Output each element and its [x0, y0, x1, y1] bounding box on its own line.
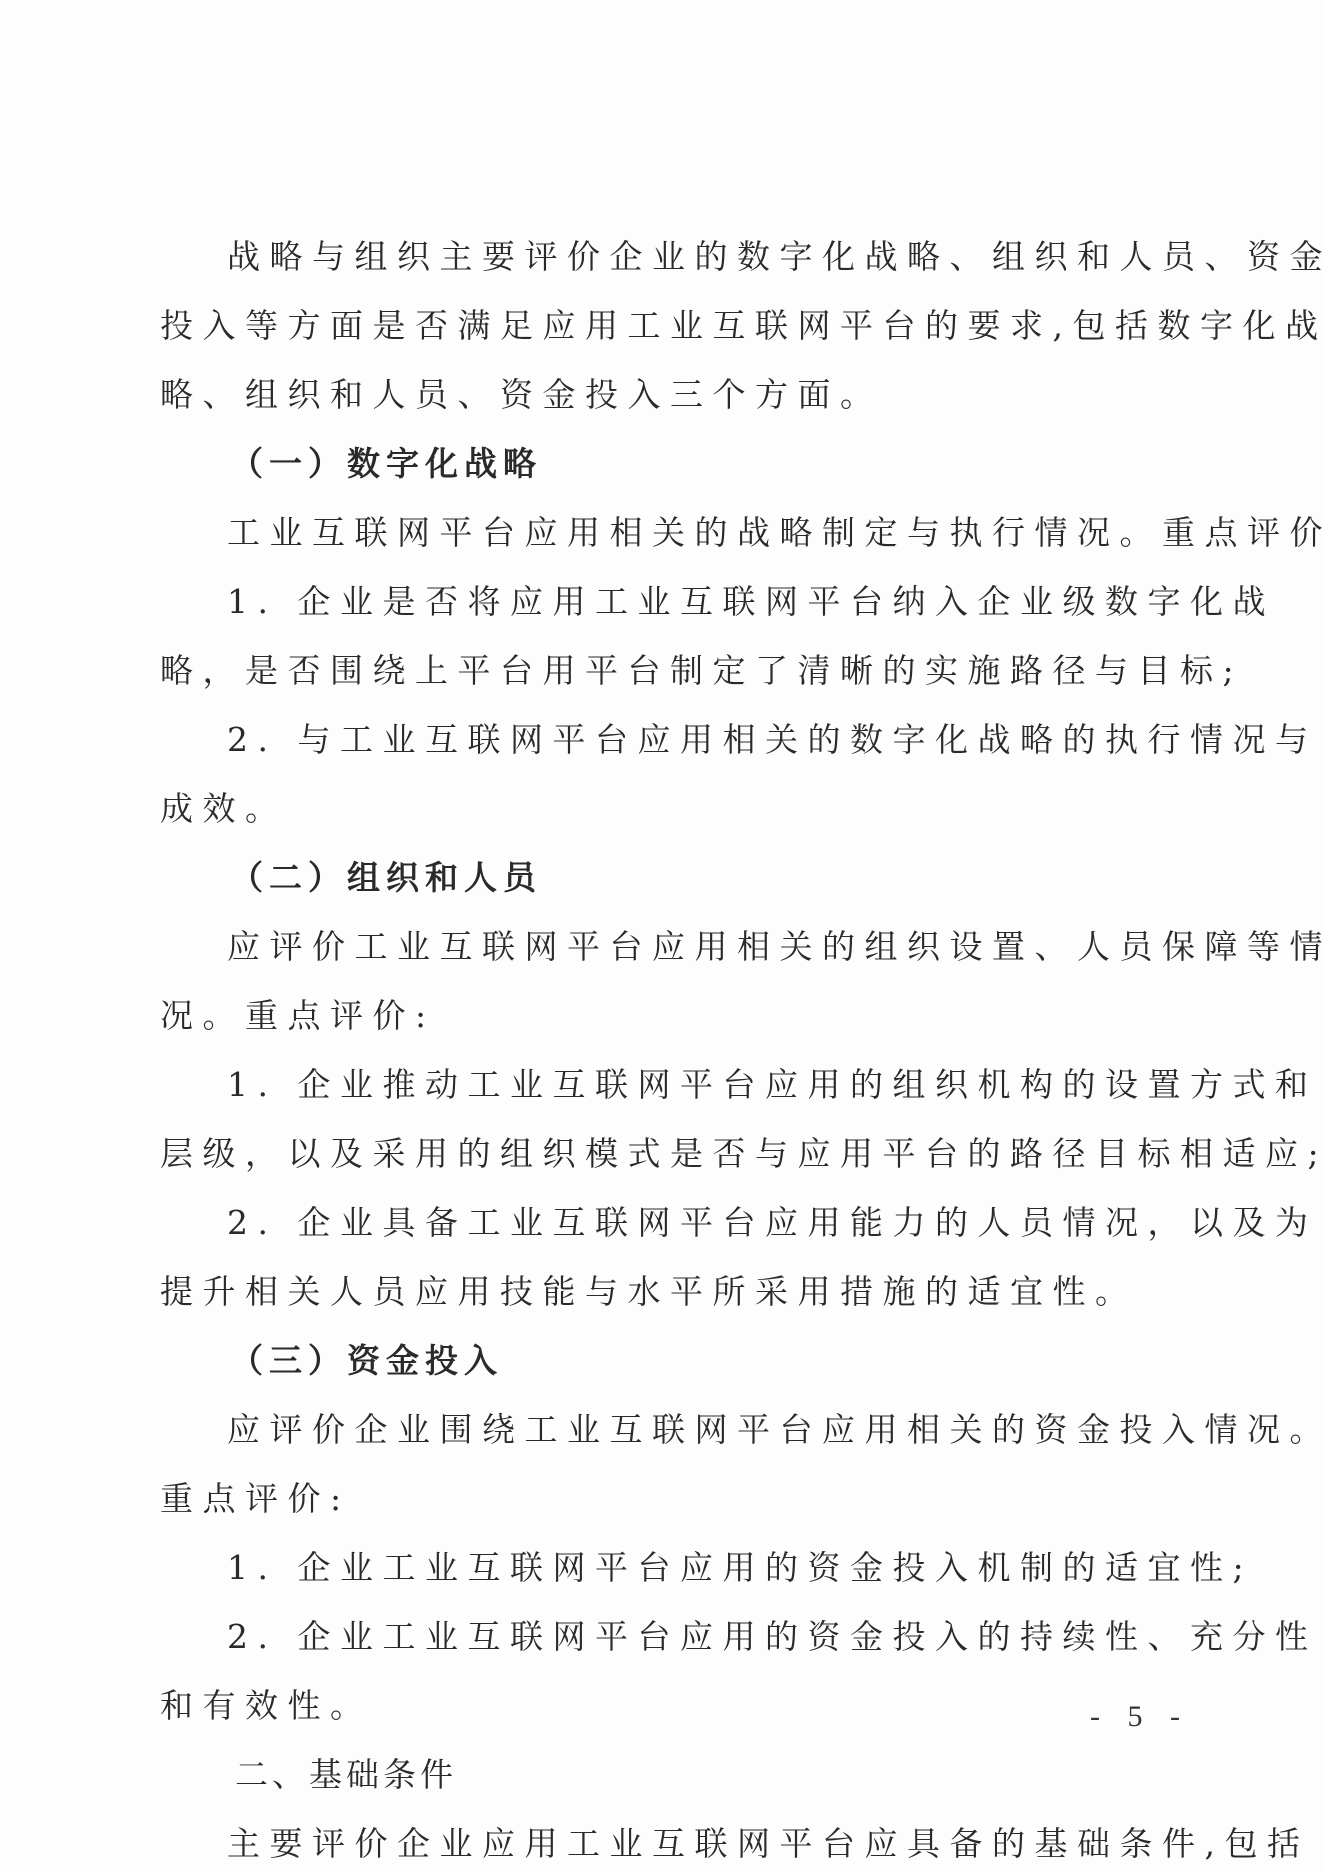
section-heading-digital-strategy: （一）数字化战略 [160, 429, 1160, 498]
paragraph-line: 重点评价: [160, 1464, 1160, 1533]
paragraph-line: 工业互联网平台应用相关的战略制定与执行情况。重点评价: [160, 498, 1160, 567]
paragraph-line: 略、组织和人员、资金投入三个方面。 [160, 360, 1160, 429]
list-item-line: 层级，以及采用的组织模式是否与应用平台的路径目标相适应; [160, 1119, 1160, 1188]
list-item-line: 1. 企业工业互联网平台应用的资金投入机制的适宜性; [160, 1533, 1160, 1602]
list-item-line: 成效。 [160, 774, 1160, 843]
list-item-line: 提升相关人员应用技能与水平所采用措施的适宜性。 [160, 1257, 1160, 1326]
paragraph-line: 应评价工业互联网平台应用相关的组织设置、人员保障等情 [160, 912, 1160, 981]
document-page: 战略与组织主要评价企业的数字化战略、组织和人员、资金 投入等方面是否满足应用工业… [0, 0, 1323, 1870]
paragraph-line: 战略与组织主要评价企业的数字化战略、组织和人员、资金 [160, 222, 1160, 291]
body-text: 战略与组织主要评价企业的数字化战略、组织和人员、资金 投入等方面是否满足应用工业… [160, 222, 1160, 1870]
list-item-line: 2. 与工业互联网平台应用相关的数字化战略的执行情况与 [160, 705, 1160, 774]
list-item-line: 2. 企业工业互联网平台应用的资金投入的持续性、充分性 [160, 1602, 1160, 1671]
list-item-line: 1. 企业推动工业互联网平台应用的组织机构的设置方式和 [160, 1050, 1160, 1119]
paragraph-line: 应评价企业围绕工业互联网平台应用相关的资金投入情况。 [160, 1395, 1160, 1464]
list-item-line: 和有效性。 [160, 1671, 1160, 1740]
paragraph-line: 况。重点评价: [160, 981, 1160, 1050]
section-heading-organization: （二）组织和人员 [160, 843, 1160, 912]
section-heading-basic-conditions: 二、基础条件 [160, 1740, 1160, 1809]
list-item-line: 略，是否围绕上平台用平台制定了清晰的实施路径与目标; [160, 636, 1160, 705]
page-number: - 5 - [1090, 1700, 1190, 1734]
paragraph-line: 主要评价企业应用工业互联网平台应具备的基础条件,包括 [160, 1809, 1160, 1870]
list-item-line: 1. 企业是否将应用工业互联网平台纳入企业级数字化战 [160, 567, 1160, 636]
list-item-line: 2. 企业具备工业互联网平台应用能力的人员情况，以及为 [160, 1188, 1160, 1257]
paragraph-line: 投入等方面是否满足应用工业互联网平台的要求,包括数字化战 [160, 291, 1160, 360]
section-heading-funding: （三）资金投入 [160, 1326, 1160, 1395]
